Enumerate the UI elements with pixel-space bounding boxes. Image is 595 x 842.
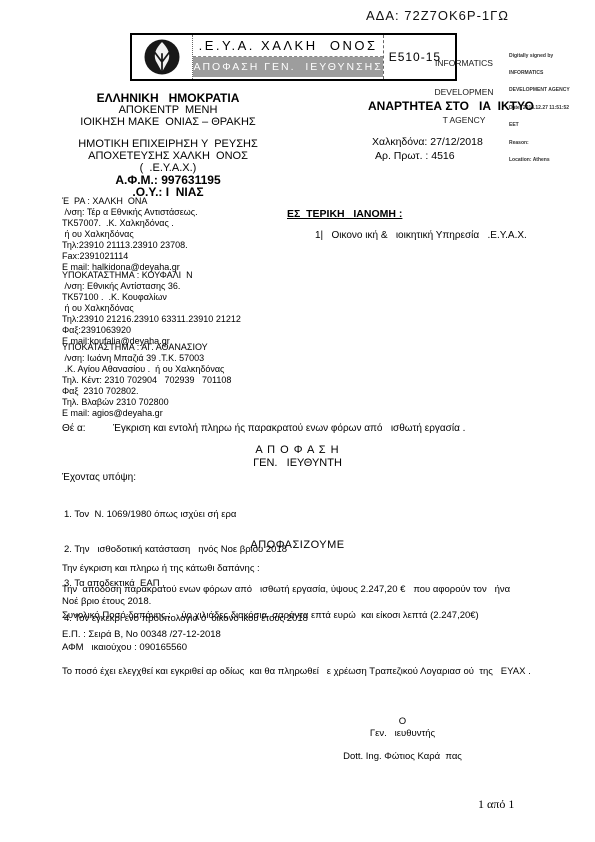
decision-type-bar: ΑΠΟΦΑΣΗ ΓΕΝ. ΙΕΥΘΥΝΣΗΣ <box>193 57 382 77</box>
company-name-2: ΑΠΟΧΕΤΕΥΣΗΣ ΧΑΛΚΗ ΟΝΟΣ <box>40 150 296 162</box>
authority-decentralized: ΑΠΟΚΕΝΤΡ ΜΕΝΗ <box>40 104 296 116</box>
signature-title: Γεν. ιευθυντής <box>320 728 485 740</box>
signature-block: Ο Γεν. ιευθυντής Dott. Ing. Φώτιος Καρά … <box>320 716 485 763</box>
agency-line: INFORMATICS <box>419 59 509 69</box>
address-line: Φαξ 2310 702802. <box>62 386 231 397</box>
legal-basis-item: 1. Τον Ν. 1069/1980 όπως ισχύει σή ερα <box>64 509 308 521</box>
header-box: .Ε.Υ.Α. ΧΑΛΚΗ ΟΝΟΣ ΑΠΟΦΑΣΗ ΓΕΝ. ΙΕΥΘΥΝΣΗ… <box>130 33 457 81</box>
address-line: ΥΠΟΚΑΤΑΣΤΗΜΑ : ΚΟΥΦΑΛΙ Ν <box>62 270 241 281</box>
address-line: Τηλ:23910 21113.23910 23708. <box>62 240 198 251</box>
internal-distribution-item: 1| Οικονο ική & ιοικητική Υπηρεσία .Ε.Υ.… <box>315 230 527 241</box>
approval-line: Την έγκριση και πληρω ή της κάτωθι δαπάν… <box>62 563 260 574</box>
agency-line: T AGENCY <box>419 116 509 126</box>
subject-label: Θέ α: <box>62 423 86 434</box>
decide-title: ΑΠΟΦΑΣΙΖΟΥΜΕ <box>0 539 595 551</box>
header-title-cell: .Ε.Υ.Α. ΧΑΛΚΗ ΟΝΟΣ ΑΠΟΦΑΣΗ ΓΕΝ. ΙΕΥΘΥΝΣΗ… <box>193 35 383 79</box>
headquarters-address: Έ ΡΑ : ΧΑΛΚΗ ΟΝΑ /νση: Τέρ α Εθνικής Αντ… <box>62 196 198 273</box>
document-page: ΑΔΑ: 72Ζ7ΟΚ6Ρ-1ΓΩ .Ε.Υ.Α. ΧΑΛΚΗ ΟΝΟΣ ΑΠΟ… <box>0 0 595 842</box>
signature-name: Dott. Ing. Φώτιος Καρά πας <box>320 751 485 763</box>
payment-order-line: Ε.Π. : Σειρά Β, Νο 00348 /27-12-2018 <box>62 629 221 640</box>
address-line: /νση: Εθνικής Αντίστασης 36. <box>62 281 241 292</box>
decision-subtitle: ΓΕΝ. ΙΕΥΘΥΝΤΗ <box>0 457 595 469</box>
beneficiary-afm-line: ΑΦΜ ικαιούχου : 090165560 <box>62 642 187 653</box>
branch-koufalia-address: ΥΠΟΚΑΤΑΣΤΗΜΑ : ΚΟΥΦΑΛΙ Ν /νση: Εθνικής Α… <box>62 270 241 347</box>
address-line: ή ου Χαλκηδόνας <box>62 303 241 314</box>
branch-agios-address: ΥΠΟΚΑΤΑΣΤΗΜΑ : ΑΓ. ΑΘΑΝΑΣΙΟΥ /νση: Ιωάνη… <box>62 342 231 419</box>
subject-text: Έγκριση και εντολή πληρω ής παρακρατού ε… <box>113 423 465 434</box>
address-line: Φαξ:2391063920 <box>62 325 241 336</box>
digisig-line: EET <box>509 123 591 129</box>
address-line: ΤΚ57100 . .Κ. Κουφαλίων <box>62 292 241 303</box>
digisig-line: Location: Athens <box>509 158 591 164</box>
address-line: Fax:2391021114 <box>62 251 198 262</box>
address-line: /νση: Τέρ α Εθνικής Αντιστάσεως. <box>62 207 198 218</box>
address-line: Έ ΡΑ : ΧΑΛΚΗ ΟΝΑ <box>62 196 198 207</box>
decision-body-line: Νοέ βριο έτους 2018. <box>62 596 151 607</box>
page-number: 1 από 1 <box>478 797 514 812</box>
ada-number: ΑΔΑ: 72Ζ7ΟΚ6Ρ-1ΓΩ <box>366 8 509 23</box>
address-line: E mail: agios@deyaha.gr <box>62 408 231 419</box>
anartitea-label: ΑΝΑΡΤΗΤΕΑ ΣΤΟ ΙΑ ΙΚΤΥΟ <box>368 99 534 113</box>
address-line: Τηλ:23910 21216.23910 63311.23910 21212 <box>62 314 241 325</box>
org-title: .Ε.Υ.Α. ΧΑΛΚΗ ΟΝΟΣ <box>193 35 382 57</box>
agency-line: DEVELOPMEN <box>419 88 509 98</box>
company-name-1: ΗΜΟΤΙΚΗ ΕΠΙΧΕΙΡΗΣΗ Υ ΡΕΥΣΗΣ <box>40 138 296 150</box>
deyax-logo-icon <box>142 37 182 77</box>
informatics-agency-label: INFORMATICS DEVELOPMEN T AGENCY <box>419 40 509 145</box>
protocol-number: Αρ. Πρωτ. : 4516 <box>375 150 455 162</box>
logo-cell <box>132 35 193 79</box>
address-line: ΥΠΟΚΑΤΑΣΤΗΜΑ : ΑΓ. ΑΘΑΝΑΣΙΟΥ <box>62 342 231 353</box>
digisig-line: DEVELOPMENT AGENCY <box>509 88 591 94</box>
address-line: Τηλ. Βλαβών 2310 702800 <box>62 397 231 408</box>
internal-distribution-title: ΕΣ ΤΕΡΙΚΗ ΙΑΝΟΜΗ : <box>287 208 402 220</box>
place-date: Χαλκηδόνα: 27/12/2018 <box>372 136 483 148</box>
digisig-line: Digitally signed by <box>509 54 591 60</box>
decision-body-line: Την απόδοση παρακρατού ενων φόρων από ισ… <box>62 584 510 595</box>
address-line: .Κ. Αγίου Αθανασίου . ή ου Χαλκηδόνας <box>62 364 231 375</box>
address-line: ή ου Χαλκηδόνας <box>62 229 198 240</box>
total-amount-line: Συνολικό Ποσό δαπάνης : ύο χιλιάδες διακ… <box>62 610 479 621</box>
decision-title: Α Π Ο Φ Α Σ Η <box>0 444 595 456</box>
signature-the: Ο <box>320 716 485 728</box>
address-line: Τηλ. Κέντ: 2310 702904 702939 701108 <box>62 375 231 386</box>
final-statement-line: Το ποσό έχει ελεγχθεί και εγκριθεί αρ οδ… <box>62 666 531 677</box>
authority-region: ΙΟΙΚΗΣΗ ΜΑΚΕ ΟΝΙΑΣ – ΘΡΑΚΗΣ <box>40 116 296 128</box>
digisig-line: INFORMATICS <box>509 71 591 77</box>
digisig-line: Reason: <box>509 141 591 147</box>
authority-block: ΕΛΛΗΝΙΚΗ ΗΜΟΚΡΑΤΙΑ ΑΠΟΚΕΝΤΡ ΜΕΝΗ ΙΟΙΚΗΣΗ… <box>40 92 296 198</box>
authority-republic: ΕΛΛΗΝΙΚΗ ΗΜΟΚΡΑΤΙΑ <box>40 92 296 104</box>
having-regard-label: Έχοντας υπόψη: <box>62 472 136 483</box>
address-line: ΤΚ57007. .Κ. Χαλκηδόνας . <box>62 218 198 229</box>
address-line: /νση: Ιωάνη Μπαζιά 39 .Τ.Κ. 57003 <box>62 353 231 364</box>
